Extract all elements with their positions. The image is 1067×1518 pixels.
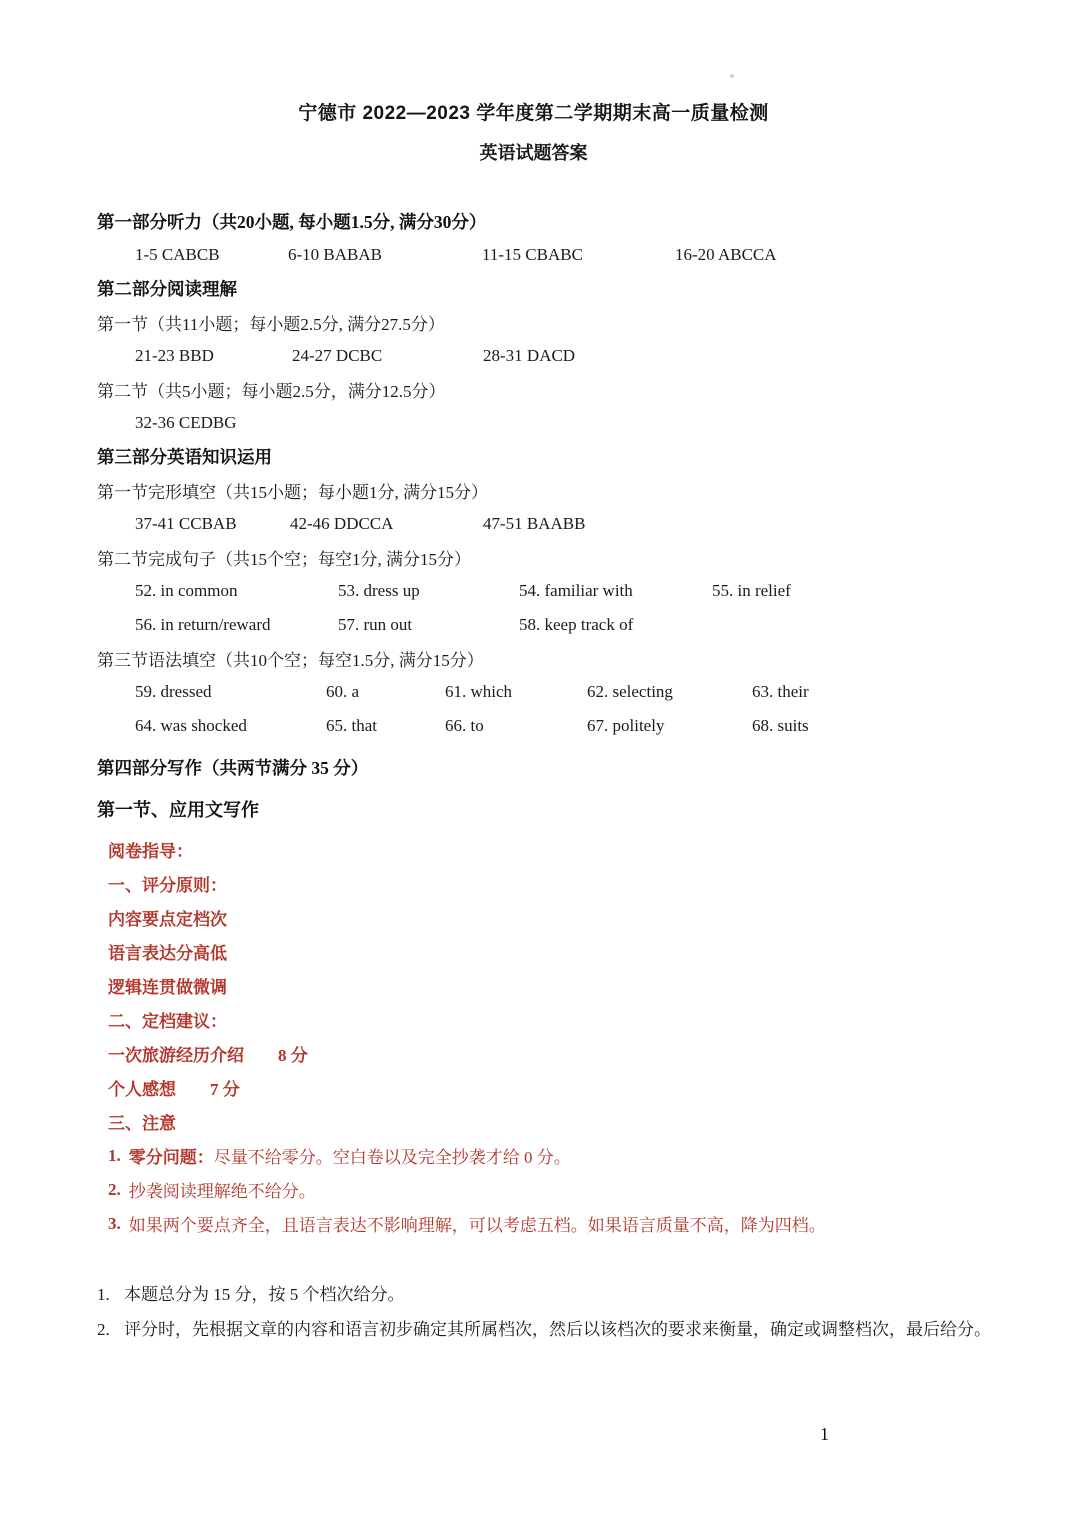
- note-number: 2.: [108, 1180, 121, 1200]
- scoring-principle: 内容要点定档次: [108, 901, 1027, 935]
- page-number: 1: [820, 1424, 829, 1445]
- answer-group: 32-36 CEDBG: [135, 413, 237, 433]
- document-title: 宁德市 2022—2023 学年度第二学期期末高一质量检测: [0, 0, 1067, 125]
- note-text: 本题总分为 15 分，按 5 个档次给分。: [124, 1277, 996, 1312]
- sentence-answers-row-1: 52. in common 53. dress up 54. familiar …: [97, 575, 1027, 609]
- note-item: 3. 如果两个要点齐全，且语言表达不影响理解，可以考虑五档。如果语言质量不高，降…: [108, 1207, 1027, 1241]
- answer-item: 66. to: [445, 716, 587, 736]
- notes-heading: 三、注意: [108, 1105, 1027, 1139]
- part3-section1-heading: 第一节完形填空（共15小题；每小题1分, 满分15分）: [97, 474, 1027, 508]
- answer-item: 54. familiar with: [519, 581, 712, 601]
- part1-listening-heading: 第一部分听力（共20小题, 每小题1.5分, 满分30分）: [97, 205, 1027, 239]
- note-number: 1.: [108, 1146, 121, 1166]
- answer-group: 47-51 BAABB: [483, 514, 585, 534]
- answer-group: 28-31 DACD: [483, 346, 575, 366]
- note-number: 3.: [108, 1214, 121, 1234]
- answer-item: 67. politely: [587, 716, 752, 736]
- note-text: 尽量不给零分。空白卷以及完全抄袭才给 0 分。: [214, 1143, 571, 1168]
- answer-group: 42-46 DDCCA: [290, 514, 483, 534]
- banding-heading: 二、定档建议：: [108, 1003, 1027, 1037]
- part2-section1-heading: 第一节（共11小题；每小题2.5分, 满分27.5分）: [97, 306, 1027, 340]
- answer-item: 65. that: [326, 716, 445, 736]
- answer-item: 55. in relief: [712, 581, 791, 601]
- part3-section2-heading: 第二节完成句子（共15个空；每空1分, 满分15分）: [97, 541, 1027, 575]
- reading-section2-answers-row: 32-36 CEDBG: [97, 407, 1027, 441]
- note-text: 如果两个要点齐全，且语言表达不影响理解，可以考虑五档。如果语言质量不高，降为四档…: [129, 1211, 826, 1236]
- listening-answers-row: 1-5 CABCB 6-10 BABAB 11-15 CBABC 16-20 A…: [97, 239, 1027, 273]
- answer-item: 56. in return/reward: [135, 615, 338, 635]
- part3-section3-heading: 第三节语法填空（共10个空；每空1.5分, 满分15分）: [97, 642, 1027, 676]
- answer-group: 1-5 CABCB: [135, 245, 288, 265]
- grading-guide: 阅卷指导： 一、评分原则： 内容要点定档次 语言表达分高低 逻辑连贯做微调 二、…: [108, 833, 1027, 1241]
- note-item: 2. 抄袭阅读理解绝不给分。: [108, 1173, 1027, 1207]
- banding-label: 个人感想: [108, 1075, 176, 1100]
- answer-group: 21-23 BBD: [135, 346, 292, 366]
- banding-item: 个人感想 7 分: [108, 1071, 1027, 1105]
- answer-item: 64. was shocked: [135, 716, 326, 736]
- reading-section1-answers-row: 21-23 BBD 24-27 DCBC 28-31 DACD: [97, 339, 1027, 373]
- document-subtitle: 英语试题答案: [0, 139, 1067, 165]
- note-number: 2.: [97, 1312, 124, 1347]
- answer-item: 57. run out: [338, 615, 519, 635]
- answer-item: 60. a: [326, 682, 445, 702]
- answer-item: 59. dressed: [135, 682, 326, 702]
- grading-guide-title: 阅卷指导：: [108, 833, 1027, 867]
- banding-item: 一次旅游经历介绍 8 分: [108, 1037, 1027, 1071]
- note-number: 1.: [97, 1277, 124, 1312]
- scoring-notes: 1. 本题总分为 15 分，按 5 个档次给分。 2. 评分时，先根据文章的内容…: [97, 1277, 1027, 1347]
- answer-group: 37-41 CCBAB: [135, 514, 290, 534]
- grammar-answers-row-1: 59. dressed 60. a 61. which 62. selectin…: [97, 675, 1027, 709]
- note-text: 抄袭阅读理解绝不给分。: [129, 1177, 316, 1202]
- scoring-principle: 逻辑连贯做微调: [108, 969, 1027, 1003]
- answer-item: 52. in common: [135, 581, 338, 601]
- answer-group: 24-27 DCBC: [292, 346, 483, 366]
- answer-item: 63. their: [752, 682, 809, 702]
- document-body: 第一部分听力（共20小题, 每小题1.5分, 满分30分） 1-5 CABCB …: [97, 205, 1027, 1347]
- scoring-principles-heading: 一、评分原则：: [108, 867, 1027, 901]
- answer-item: 62. selecting: [587, 682, 752, 702]
- cloze-answers-row: 37-41 CCBAB 42-46 DDCCA 47-51 BAABB: [97, 507, 1027, 541]
- part2-section2-heading: 第二节（共5小题；每小题2.5分，满分12.5分）: [97, 373, 1027, 407]
- answer-group: 6-10 BABAB: [288, 245, 482, 265]
- part4-writing-heading: 第四部分写作（共两节满分 35 分）: [97, 747, 1027, 789]
- answer-item: 68. suits: [752, 716, 809, 736]
- grammar-answers-row-2: 64. was shocked 65. that 66. to 67. poli…: [97, 709, 1027, 743]
- part3-language-heading: 第三部分英语知识运用: [97, 440, 1027, 474]
- answer-group: 11-15 CBABC: [482, 245, 675, 265]
- banding-label: 一次旅游经历介绍: [108, 1041, 244, 1066]
- scan-artifact-dot: [730, 74, 734, 78]
- banding-score: 7 分: [210, 1075, 240, 1100]
- scoring-note-item: 2. 评分时，先根据文章的内容和语言初步确定其所属档次，然后以该档次的要求来衡量…: [97, 1312, 1027, 1347]
- answer-item: 53. dress up: [338, 581, 519, 601]
- sentence-answers-row-2: 56. in return/reward 57. run out 58. kee…: [97, 608, 1027, 642]
- part4-section1-heading: 第一节、应用文写作: [97, 789, 1027, 829]
- answer-item: 58. keep track of: [519, 615, 712, 635]
- exam-answer-sheet-page: 宁德市 2022—2023 学年度第二学期期末高一质量检测 英语试题答案 第一部…: [0, 0, 1067, 1518]
- note-text: 评分时，先根据文章的内容和语言初步确定其所属档次，然后以该档次的要求来衡量，确定…: [124, 1312, 996, 1347]
- note-item: 1. 零分问题： 尽量不给零分。空白卷以及完全抄袭才给 0 分。: [108, 1139, 1027, 1173]
- part2-reading-heading: 第二部分阅读理解: [97, 272, 1027, 306]
- banding-score: 8 分: [278, 1041, 308, 1066]
- scoring-note-item: 1. 本题总分为 15 分，按 5 个档次给分。: [97, 1277, 1027, 1312]
- note-label: 零分问题：: [129, 1143, 214, 1168]
- scoring-principle: 语言表达分高低: [108, 935, 1027, 969]
- answer-item: 61. which: [445, 682, 587, 702]
- answer-group: 16-20 ABCCA: [675, 245, 777, 265]
